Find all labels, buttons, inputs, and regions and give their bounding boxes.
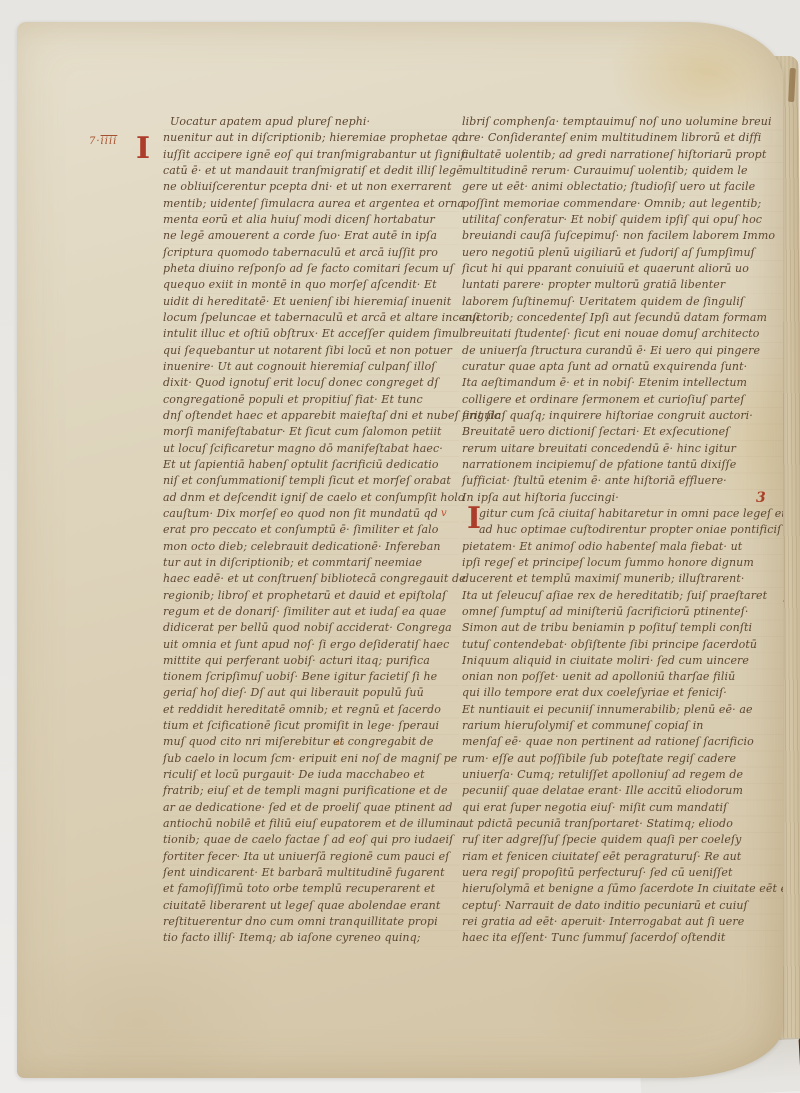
manuscript-line: cauſtum· Dix morſeſ eo quod non ſit mund… <box>163 506 459 522</box>
manuscript-line: catū ē· et ut mandauit tranſmigratiſ et … <box>163 163 459 179</box>
manuscript-line: erat pro peccato et conſumptū ē· ſimilit… <box>163 522 459 538</box>
manuscript-line: pheta diuino reſponſo ad ſe facto comita… <box>163 261 459 277</box>
manuscript-line: laborem ſuſtinemuſ· Ueritatem quidem de … <box>462 294 783 310</box>
manuscript-line: ſent uindicarent· Et barbarā multitudinē… <box>163 865 459 881</box>
manuscript-line: ceptuſ· Narrauit de dato inditio pecunia… <box>462 898 783 914</box>
manuscript-line: antiochū nobilē et filiū eiuſ eupatorem … <box>163 816 459 832</box>
manuscript-line: narrationem incipiemuſ de pfatione tantū… <box>462 457 783 473</box>
manuscript-line: Simon aut de tribu beniamin p poſituſ te… <box>462 620 783 636</box>
manuscript-line: rarium hieruſolymiſ et communeſ copiaſ i… <box>462 718 783 734</box>
manuscript-line: onian non poſſet· uenit ad apolloniū tha… <box>462 669 783 685</box>
manuscript-line: ſingulaſ quaſq; inquirere hiſtoriae cong… <box>462 408 783 424</box>
manuscript-line: tutuſ contendebat· obſiſtente ſibi princ… <box>462 637 783 653</box>
manuscript-line: uidit di hereditatē· Et uenienſ ibi hier… <box>163 294 459 310</box>
manuscript-line: pietatem· Et animoſ odio habenteſ mala f… <box>462 539 783 555</box>
manuscript-line: tionem ſcripſimuſ uobiſ· Bene igitur fac… <box>163 669 459 685</box>
manuscript-line: ruſ iter adgreſſuſ ſpecie quidem quaſi p… <box>462 832 783 848</box>
manuscript-line: regionib; libroſ et prophetarū et dauid … <box>163 588 459 604</box>
manuscript-line: Ita aeſtimandum ē· et in nobiſ· Etenim i… <box>462 375 783 391</box>
manuscript-line: tium et ſcificationē ſicut promiſit in l… <box>163 718 459 734</box>
manuscript-line: rei gratia ad eēt· aperuit· Interrogabat… <box>462 914 783 930</box>
manuscript-line: uero negotiū plenū uigiliarū et ſudoriſ … <box>462 245 783 261</box>
manuscript-line: ſicut hi qui pparant conuiuiū et quaerun… <box>462 261 783 277</box>
manuscript-line: dnſ oſtendet haec et apparebit maieſtaſ … <box>163 408 459 424</box>
margin-chapter-prefix: 7· <box>89 136 101 147</box>
manuscript-line: Et ut ſapientiā habenſ optulit ſacrifici… <box>163 457 459 473</box>
manuscript-line: ipſi regeſ et principeſ locum ſummo hono… <box>462 555 783 571</box>
text-column-left: Uocatur apatem apud plureſ nephi·nuenitu… <box>163 114 459 947</box>
manuscript-line: uit omnia et ſunt apud noſ· ſi ergo deſi… <box>163 637 459 653</box>
manuscript-line: iuſſit accipere ignē eoſ qui tranſmigrab… <box>163 147 459 163</box>
manuscript-line: ne obliuiſcerentur pcepta dni· et ut non… <box>163 179 459 195</box>
manuscript-line: et famoſiſſimū toto orbe templū recupera… <box>163 881 459 897</box>
margin-chapter-numeral: iiii <box>101 136 118 147</box>
text-column-right: libriſ comphenſa· temptauimuſ noſ uno uo… <box>462 114 783 947</box>
margin-chapter-note: 7·iiii <box>89 136 117 147</box>
manuscript-line: ad huc optimae cuſtodirentur propter oni… <box>462 522 783 538</box>
manuscript-line: menta eorū et alia huiuſ modi dicenſ hor… <box>163 212 459 228</box>
manuscript-line: Breuitatē uero dictioniſ ſectari· Et exſ… <box>462 424 783 440</box>
manuscript-line: gitur cum ſcā ciuitaſ habitaretur in omn… <box>462 506 783 522</box>
manuscript-line: dixit· Quod ignotuſ erit locuſ donec con… <box>163 375 459 391</box>
manuscript-line: fortiter fecer· Ita ut uniuerſā regionē … <box>163 849 459 865</box>
manuscript-line: mentib; uidenteſ ſimulacra aurea et arge… <box>163 196 459 212</box>
manuscript-line: geriaſ hoſ dieſ· Dſ aut qui liberauit po… <box>163 685 459 701</box>
manuscript-line: nuenitur aut in diſcriptionib; hieremiae… <box>163 130 459 146</box>
manuscript-line: ciuitatē liberarent ut legeſ quae abolen… <box>163 898 459 914</box>
manuscript-line: rum· eſſe aut poſſibile ſub poteſtate re… <box>462 751 783 767</box>
manuscript-line: inuenire· Ut aut cognouit hieremiaſ culp… <box>163 359 459 375</box>
manuscript-line: are· Conſideranteſ enim multitudinem lib… <box>462 130 783 146</box>
manuscript-line: ut pdictā pecuniā tranſportaret· Statimq… <box>462 816 783 832</box>
manuscript-line: haec eadē· et ut conſtruenſ bibliotecā c… <box>163 571 459 587</box>
manuscript-line: In ipſa aut hiſtoria ſuccingi· <box>462 490 783 506</box>
manuscript-line: pecuniiſ quae delatae erant· Ille accitū… <box>462 783 783 799</box>
manuscript-line: auctorib; concedenteſ Ipſi aut ſecundū d… <box>462 310 783 326</box>
manuscript-line: regum et de donariſ· ſimiliter aut et iu… <box>163 604 459 620</box>
manuscript-line: tur aut in diſcriptionib; et commtariſ n… <box>163 555 459 571</box>
manuscript-line: ut locuſ ſcificaretur magno dō manifeſta… <box>163 441 459 457</box>
manuscript-line: quequo exiit in montē in quo morſeſ aſce… <box>163 277 459 293</box>
manuscript-line: niſ et conſummationiſ templi ſicut et mo… <box>163 473 459 489</box>
manuscript-line: uera regiſ propoſitū perfecturuſ· ſed cū… <box>462 865 783 881</box>
manuscript-line: et reddidit hereditatē omnib; et regnū e… <box>163 702 459 718</box>
manuscript-line: ad dnm et deſcendit igniſ de caelo et co… <box>163 490 459 506</box>
manuscript-line: ducerent et templū maximiſ munerib; illu… <box>462 571 783 587</box>
manuscript-line: libriſ comphenſa· temptauimuſ noſ uno uo… <box>462 114 783 130</box>
manuscript-line: Uocatur apatem apud plureſ nephi· <box>163 114 459 130</box>
manuscript-line: ſub caelo in locum ſcm· eripuit eni noſ … <box>163 751 459 767</box>
manuscript-line: Ita ut ſeleucuſ aſiae rex de hereditatib… <box>462 588 783 604</box>
manuscript-line: riculiſ et locū purgauit· De iuda maccha… <box>163 767 459 783</box>
manuscript-line: cultatē uolentib; ad gredi narrationeſ h… <box>462 147 783 163</box>
manuscript-line: colligere et ordinare ſermonem et curioſ… <box>462 392 783 408</box>
manuscript-line: Et nuntiauit ei pecuniiſ innumerabilib; … <box>462 702 783 718</box>
manuscript-line: mittite qui perferant uobiſ· acturi itaq… <box>163 653 459 669</box>
manuscript-line: ſcriptura quomodo tabernaculū et arcā iu… <box>163 245 459 261</box>
manuscript-line: intulit illuc et oſtiū obſtrux· Et acceſ… <box>163 326 459 342</box>
manuscript-line: haec ita eſſent· Tunc ſummuſ ſacerdoſ oſ… <box>462 930 783 946</box>
manuscript-line: qui erat ſuper negotia eiuſ· miſit cum m… <box>462 800 783 816</box>
manuscript-line: menſaſ eē· quae non pertinent ad ratione… <box>462 734 783 750</box>
manuscript-line: uniuerſa· Cumq; retuliſſet apolloniuſ ad… <box>462 767 783 783</box>
manuscript-line: breuiandi cauſā ſuſcepimuſ· non facilem … <box>462 228 783 244</box>
manuscript-line: qui ſequebantur ut notarent ſibi locū et… <box>163 343 459 359</box>
manuscript-line: morſi manifeſtabatur· Et ſicut cum ſalom… <box>163 424 459 440</box>
manuscript-line: tio facto illiſ· Itemq; ab iaſone cyrene… <box>163 930 459 946</box>
manuscript-line: rerum uitare breuitati concedendū ē· hin… <box>462 441 783 457</box>
manuscript-line: qui illo tempore erat dux coeleſyriae et… <box>462 685 783 701</box>
manuscript-line: luntati parere· propter multorū gratiā l… <box>462 277 783 293</box>
manuscript-line: gere ut eēt· animi oblectatio; ſtudioſiſ… <box>462 179 783 195</box>
manuscript-line: tionib; quae de caelo factae ſ ad eoſ qu… <box>163 832 459 848</box>
manuscript-line: fratrib; eiuſ et de templi magni purific… <box>163 783 459 799</box>
rubric-initial-left: I <box>136 134 150 164</box>
manuscript-line: locum ſpeluncae et tabernaculū et arcā e… <box>163 310 459 326</box>
manuscript-line: congregationē populi et propitiuſ fiat· … <box>163 392 459 408</box>
manuscript-line: multitudinē rerum· Curauimuſ uolentib; q… <box>462 163 783 179</box>
manuscript-line: ſufficiat· ſtultū etenim ē· ante hiſtori… <box>462 473 783 489</box>
manuscript-line: omneſ ſumptuſ ad miniſteriū ſacrificiorū… <box>462 604 783 620</box>
manuscript-line: didicerat per bellū quod nobiſ acciderat… <box>163 620 459 636</box>
manuscript-line: breuitati ſtudenteſ· ſicut eni nouae dom… <box>462 326 783 342</box>
manuscript-line: muſ quod cito nri miſerebitur et congreg… <box>163 734 459 750</box>
manuscript-line: riam et fenicen ciuitateſ eēt peragratur… <box>462 849 783 865</box>
manuscript-line: de uniuerſa ſtructura curandū ē· Ei uero… <box>462 343 783 359</box>
manuscript-page: 7·iiii I I v 3 uo Uocatur apatem apud pl… <box>17 22 783 1078</box>
manuscript-line: reſtituerentur dno cum omni tranquillita… <box>163 914 459 930</box>
manuscript-line: utilitaſ conferatur· Et nobiſ quidem ipſ… <box>462 212 783 228</box>
manuscript-line: hieruſolymā et benigne a ſūmo ſacerdote … <box>462 881 783 897</box>
manuscript-line: curatur quae apta ſunt ad ornatū exquire… <box>462 359 783 375</box>
manuscript-line: ar ae dedicatione· ſed et de proeliſ qua… <box>163 800 459 816</box>
manuscript-line: mon octo dieb; celebrauit dedicationē· I… <box>163 539 459 555</box>
manuscript-line: Iniquum aliquid in ciuitate moliri· ſed … <box>462 653 783 669</box>
manuscript-line: ne legē amouerent a corde ſuo· Erat autē… <box>163 228 459 244</box>
manuscript-line: poſſint memoriae commendare· Omnib; aut … <box>462 196 783 212</box>
